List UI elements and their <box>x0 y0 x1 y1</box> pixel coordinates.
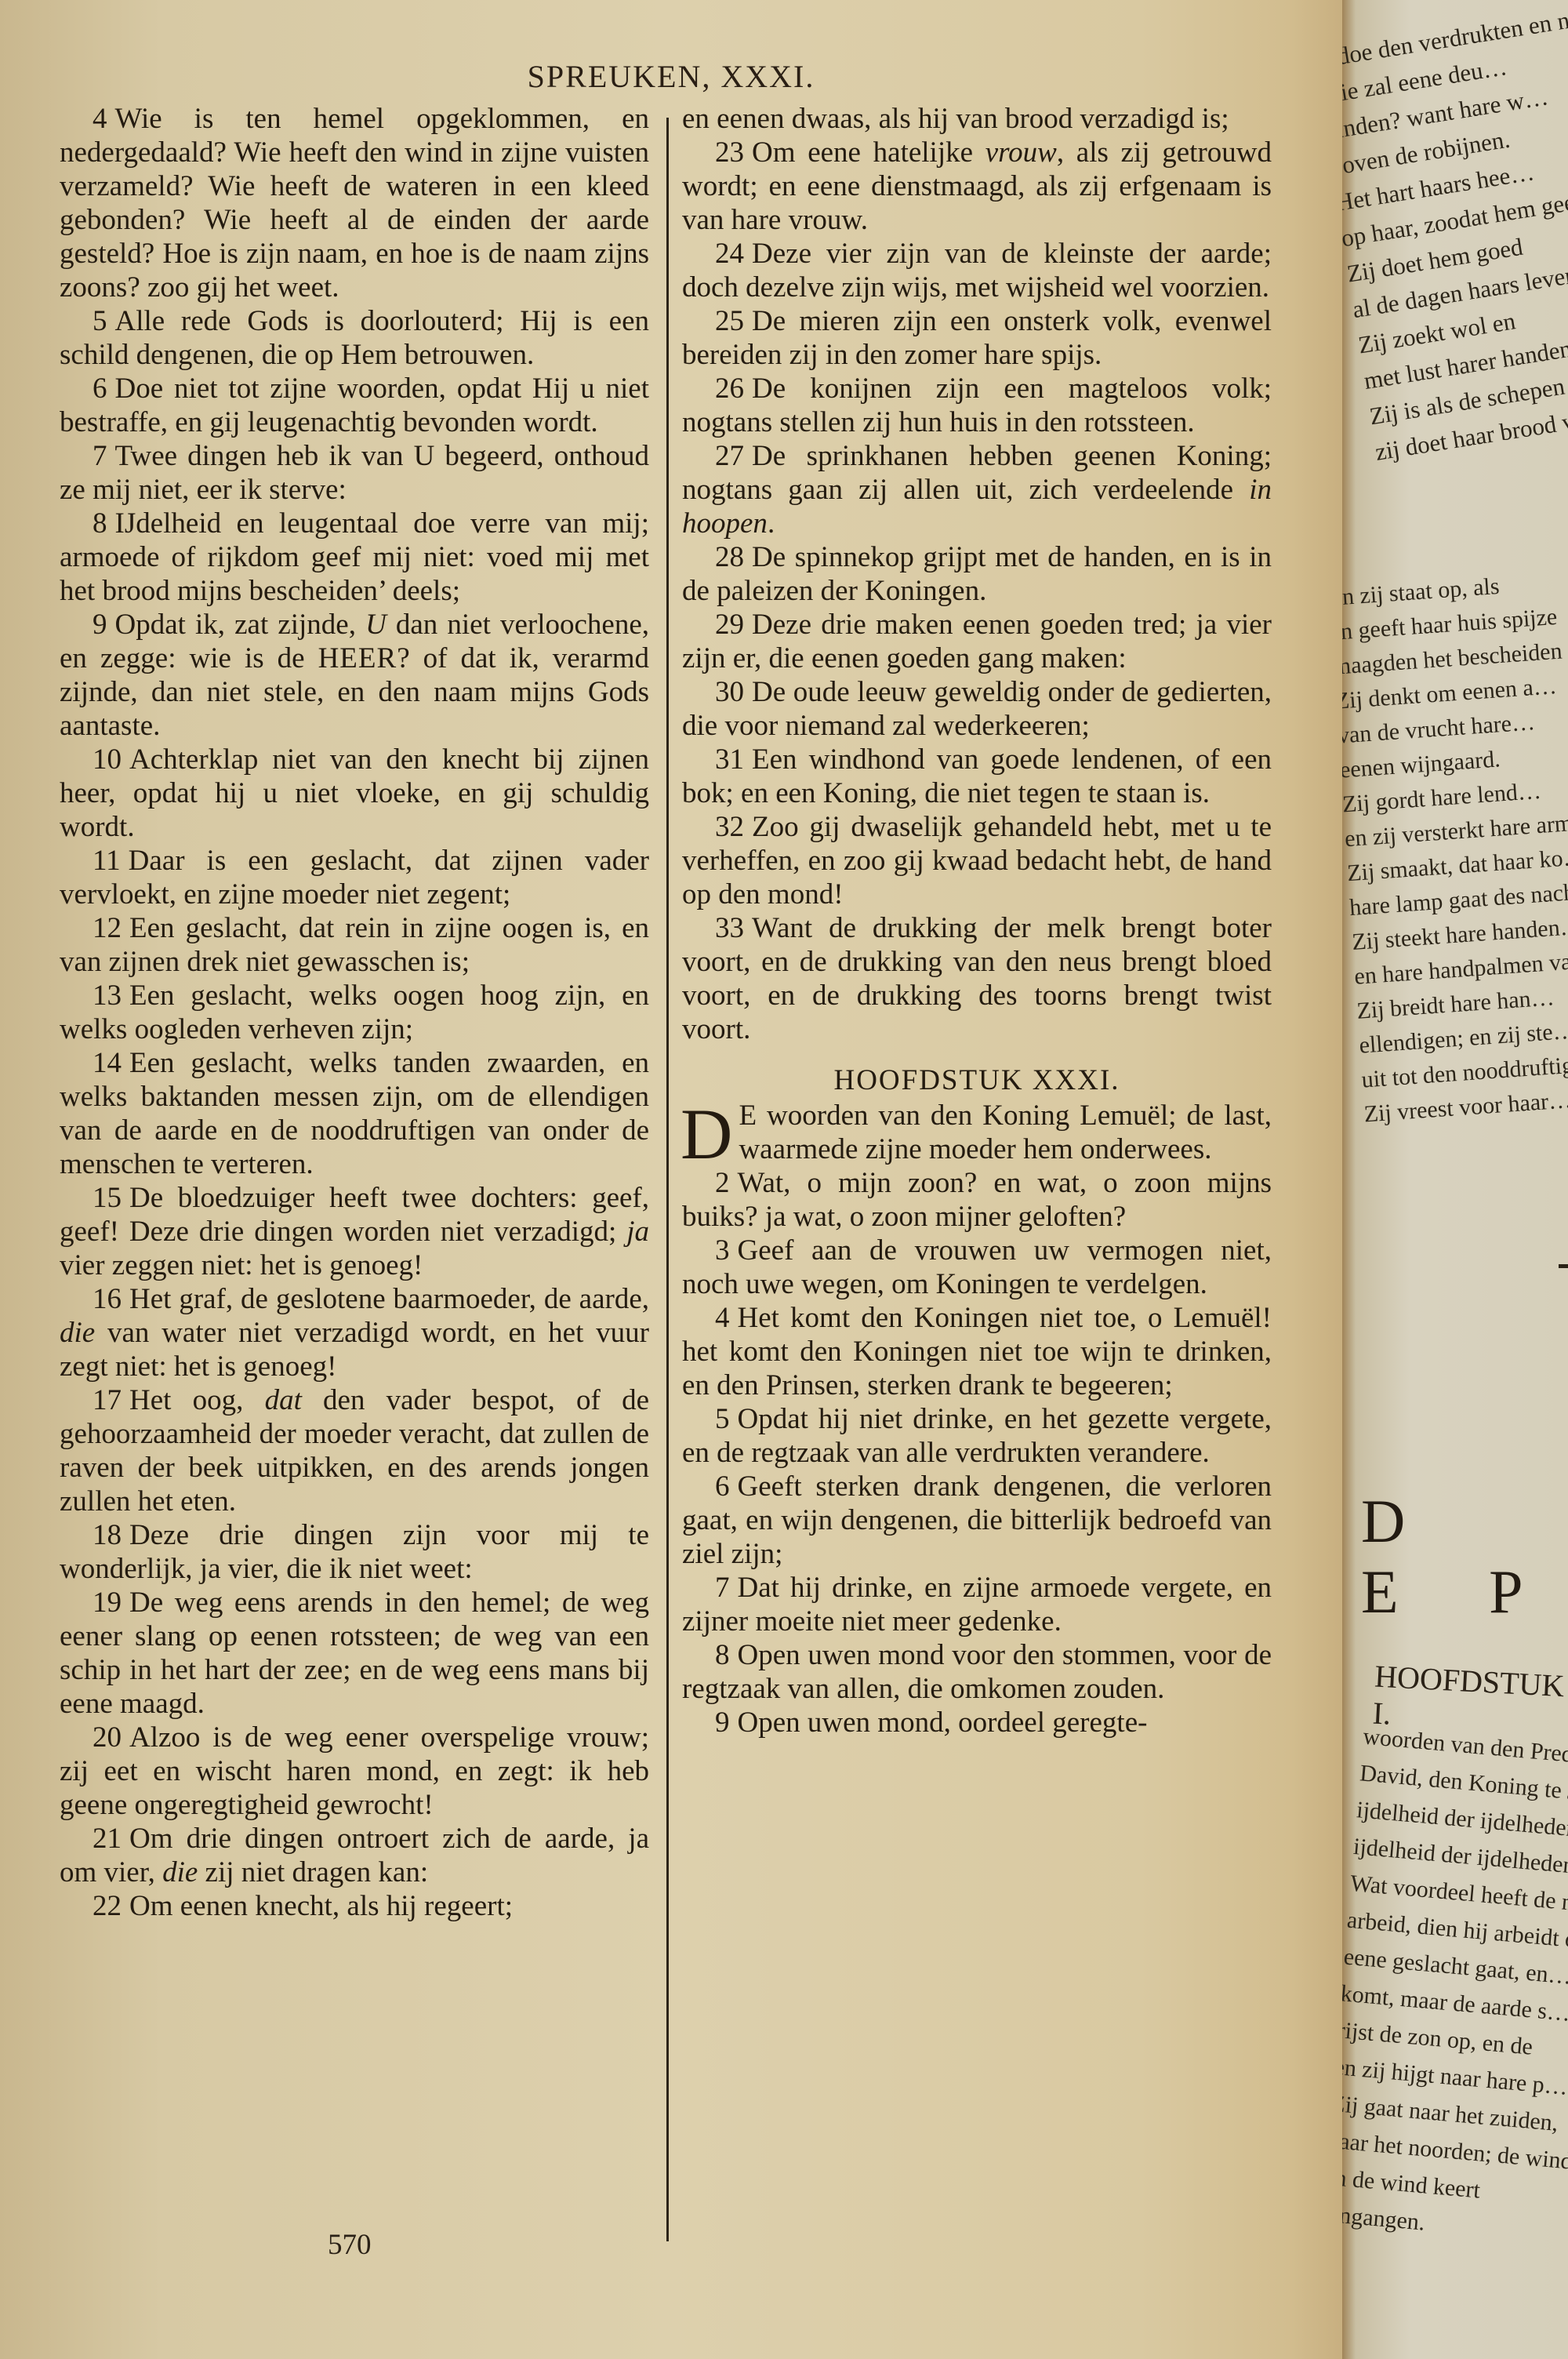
page-number: 570 <box>328 2228 372 2262</box>
verse: 7Twee dingen heb ik van U begeerd, ontho… <box>60 439 649 507</box>
verse-number: 22 <box>93 1890 122 1922</box>
verse-number: 33 <box>715 912 744 944</box>
verse: 14Een geslacht, welks tanden zwaarden, e… <box>60 1046 649 1181</box>
verse-text: Opdat ik, zat zijnde, <box>115 609 366 641</box>
verse: 2Wat, o mijn zoon? en wat, o zoon mijns … <box>682 1166 1272 1234</box>
verse: 6Doe niet tot zijne woorden, opdat Hij u… <box>60 372 649 439</box>
verse: 7Dat hij drinke, en zijne armoede verget… <box>682 1571 1272 1638</box>
verse-text: Dat hij drinke, en zijne armoede vergete… <box>682 1572 1272 1637</box>
verse-text: Een geslacht, dat rein in zijne oogen is… <box>60 912 649 978</box>
verse-number: 8 <box>715 1639 730 1671</box>
verse-number: 7 <box>93 440 107 472</box>
verse-text: Wat, o mijn zoon? en wat, o zoon mijns b… <box>682 1167 1272 1233</box>
chapter-opening: DE woorden van den Koning Lemuël; de las… <box>682 1099 1272 1166</box>
verse: 31Een windhond van goede lendenen, of ee… <box>682 743 1272 810</box>
verse-text: Twee dingen heb ik van U begeerd, onthou… <box>60 440 649 506</box>
book-title: D E P <box>1361 1486 1568 1627</box>
verse-text: Geef aan de vrouwen uw vermogen niet, no… <box>682 1234 1272 1300</box>
verse: 11Daar is een geslacht, dat zijnen vader… <box>60 844 649 911</box>
verse: 4Het komt den Koningen niet toe, o Lemuë… <box>682 1301 1272 1402</box>
verse-number: 31 <box>715 743 744 776</box>
verse: 5Opdat hij niet drinke, en het gezette v… <box>682 1402 1272 1470</box>
verse: 15De bloedzuiger heeft twee dochters: ge… <box>60 1181 649 1282</box>
verse-text: . <box>768 507 775 540</box>
verse-text: Open uwen mond voor den stommen, voor de… <box>682 1639 1272 1705</box>
verse: 8IJdelheid en leugentaal doe verre van m… <box>60 507 649 608</box>
verse-number: 25 <box>715 305 744 337</box>
verse-number: 17 <box>93 1384 122 1416</box>
adjacent-page-top-text: …doe den verdrukten en n…Wie zal eene de… <box>1342 0 1568 471</box>
verse: 6Geeft sterken drank dengenen, die verlo… <box>682 1470 1272 1571</box>
left-column: 4Wie is ten hemel opgeklommen, en nederg… <box>60 102 649 1923</box>
verse: 8Open uwen mond voor den stommen, voor d… <box>682 1638 1272 1706</box>
verse-number: 19 <box>93 1587 122 1619</box>
verse-text: Geeft sterken drank dengenen, die verlor… <box>682 1470 1272 1570</box>
verse-text: Daar is een geslacht, dat zijnen vader v… <box>60 845 649 911</box>
verse: 25De mieren zijn een onsterk volk, evenw… <box>682 304 1272 372</box>
verse-number: 3 <box>715 1234 730 1267</box>
right-column: en eenen dwaas, als hij van brood verzad… <box>682 102 1272 1739</box>
verse-number: 6 <box>93 373 107 405</box>
verse-text: Doe niet tot zijne woorden, opdat Hij u … <box>60 373 649 438</box>
verse-text: Opdat hij niet drinke, en het gezette ve… <box>682 1403 1272 1469</box>
verse-number: 9 <box>93 609 107 641</box>
verse-number: 10 <box>93 743 122 776</box>
running-head: SPREUKEN, XXXI. <box>0 58 1342 95</box>
verse: 10Achterklap niet van den knecht bij zij… <box>60 743 649 844</box>
italic-word: U <box>365 609 387 641</box>
verse-text: De weg eens arends in den hemel; de weg … <box>60 1587 649 1720</box>
verse: 30De oude leeuw geweldig onder de gedier… <box>682 675 1272 743</box>
verse-number: 6 <box>715 1470 730 1503</box>
verse: 27De sprinkhanen hebben geenen Koning; n… <box>682 439 1272 540</box>
adjacent-page: …doe den verdrukten en n…Wie zal eene de… <box>1342 0 1568 2359</box>
verse-text: Open uwen mond, oordeel geregte- <box>738 1707 1148 1739</box>
verse-text: Een geslacht, welks tanden zwaarden, en … <box>60 1047 649 1180</box>
verse-text: zij niet dragen kan: <box>198 1856 428 1888</box>
verse-text: De spinnekop grijpt met de handen, en is… <box>682 541 1272 607</box>
verse-number: 30 <box>715 676 744 708</box>
italic-word: die <box>162 1856 198 1888</box>
small-caps-word: HEER <box>318 642 397 674</box>
verse-number: 4 <box>93 103 107 135</box>
verse-text: Een windhond van goede lendenen, of een … <box>682 743 1272 809</box>
verse-text: De mieren zijn een onsterk volk, evenwel… <box>682 305 1272 371</box>
verse: 33Want de drukking der melk brengt boter… <box>682 911 1272 1046</box>
verse: 3Geef aan de vrouwen uw vermogen niet, n… <box>682 1234 1272 1301</box>
verse-number: 32 <box>715 811 744 843</box>
adjacent-page-bottom-text: woorden van den PredikerDavid, den Konin… <box>1342 1718 1568 2256</box>
verse: 17Het oog, dat den vader bespot, of de g… <box>60 1383 649 1518</box>
verse-text: Zoo gij dwaselijk gehandeld hebt, met u … <box>682 811 1272 911</box>
verse: 20Alzoo is de weg eener overspelige vrou… <box>60 1721 649 1822</box>
verse: 5Alle rede Gods is doorlouterd; Hij is e… <box>60 304 649 372</box>
verse-text: De sprinkhanen hebben geenen Koning; nog… <box>682 440 1272 506</box>
adjacent-page-mid-text: En zij staat op, alsen geeft haar huis s… <box>1342 562 1568 1132</box>
verse-number: 21 <box>93 1823 122 1855</box>
verse-number: 5 <box>93 305 107 337</box>
left-page: SPREUKEN, XXXI. 4Wie is ten hemel opgekl… <box>0 0 1342 2359</box>
verse-text: Om eenen knecht, als hij regeert; <box>129 1890 513 1922</box>
verse: 19De weg eens arends in den hemel; de we… <box>60 1586 649 1721</box>
verse: 18Deze drie dingen zijn voor mij te wond… <box>60 1518 649 1586</box>
verse-text: Een geslacht, welks oogen hoog zijn, en … <box>60 980 649 1045</box>
verse-number: 18 <box>93 1519 122 1551</box>
verse-number: 28 <box>715 541 744 573</box>
verse: 9Open uwen mond, oordeel geregte- <box>682 1706 1272 1739</box>
verse-number: 23 <box>715 136 744 169</box>
chapter-heading: HOOFDSTUK XXXI. <box>682 1063 1272 1097</box>
verse: 13Een geslacht, welks oogen hoog zijn, e… <box>60 979 649 1046</box>
verse: 32Zoo gij dwaselijk gehandeld hebt, met … <box>682 810 1272 911</box>
verse: 16Het graf, de geslotene baarmoeder, de … <box>60 1282 649 1383</box>
verse-number: 4 <box>715 1302 730 1334</box>
verse-number: 27 <box>715 440 744 472</box>
verse-text: Alle rede Gods is doorlouterd; Hij is ee… <box>60 305 649 371</box>
verse-number: 9 <box>715 1707 730 1739</box>
verse-text: Deze drie dingen zijn voor mij te wonder… <box>60 1519 649 1585</box>
drop-cap: D <box>681 1103 732 1165</box>
verse-text: Achterklap niet van den knecht bij zijne… <box>60 743 649 843</box>
verse-text: Deze drie maken eenen goeden tred; ja vi… <box>682 609 1272 674</box>
verse-text: Het oog, <box>129 1384 265 1416</box>
verse-text: Alzoo is de weg eener overspelige vrouw;… <box>60 1721 649 1821</box>
verse-text: van water niet verzadigd wordt, en het v… <box>60 1317 649 1383</box>
verse-text: De bloedzuiger heeft twee dochters: geef… <box>60 1182 649 1248</box>
verse-number: 24 <box>715 238 744 270</box>
section-rule <box>1559 1264 1568 1268</box>
verse-text: Het graf, de geslotene baarmoeder, de aa… <box>129 1283 649 1315</box>
verse-number: 12 <box>93 912 122 944</box>
verse: 28De spinnekop grijpt met de handen, en … <box>682 540 1272 608</box>
verse-number: 14 <box>93 1047 122 1079</box>
verse: 4Wie is ten hemel opgeklommen, en nederg… <box>60 102 649 304</box>
verse: 21Om drie dingen ontroert zich de aarde,… <box>60 1822 649 1889</box>
verse: 24Deze vier zijn van de kleinste der aar… <box>682 237 1272 304</box>
verse-text: vier zeggen niet: het is genoeg! <box>60 1249 423 1281</box>
verse: 12Een geslacht, dat rein in zijne oogen … <box>60 911 649 979</box>
verse-text: Wie is ten hemel opgeklommen, en nederge… <box>60 103 649 304</box>
verse-number: 5 <box>715 1403 730 1435</box>
italic-word: ja <box>626 1216 649 1248</box>
verse-text: IJdelheid en leugentaal doe verre van mi… <box>60 507 649 607</box>
verse: 23Om eene hatelijke vrouw, als zij getro… <box>682 136 1272 237</box>
verse-text: De konijnen zijn een magteloos volk; nog… <box>682 373 1272 438</box>
verse-text: Want de drukking der melk brengt boter v… <box>682 912 1272 1045</box>
verse-continuation: en eenen dwaas, als hij van brood verzad… <box>682 102 1272 136</box>
verse-number: 7 <box>715 1572 730 1604</box>
verse-text: Deze vier zijn van de kleinste der aarde… <box>682 238 1272 304</box>
column-divider <box>666 118 669 2241</box>
verse-number: 26 <box>715 373 744 405</box>
verse-text: E woorden van den Koning Lemuël; de last… <box>739 1100 1272 1165</box>
verse: 26De konijnen zijn een magteloos volk; n… <box>682 372 1272 439</box>
italic-word: die <box>60 1317 95 1349</box>
verse-number: 11 <box>93 845 121 877</box>
verse-number: 13 <box>93 980 122 1012</box>
verse-number: 20 <box>93 1721 122 1754</box>
verse-number: 8 <box>93 507 107 540</box>
verse: 29Deze drie maken eenen goeden tred; ja … <box>682 608 1272 675</box>
verse-number: 29 <box>715 609 744 641</box>
italic-word: dat <box>265 1384 302 1416</box>
verse-number: 15 <box>93 1182 122 1214</box>
verse: 9Opdat ik, zat zijnde, U dan niet verloo… <box>60 608 649 743</box>
verse-text: De oude leeuw geweldig onder de gedierte… <box>682 676 1272 742</box>
verse-text: Het komt den Koningen niet toe, o Lemuël… <box>682 1302 1272 1401</box>
italic-word: vrouw <box>985 136 1057 169</box>
verse-number: 16 <box>93 1283 122 1315</box>
verse: 22Om eenen knecht, als hij regeert; <box>60 1889 649 1923</box>
verse-text: Om eene hatelijke <box>752 136 985 169</box>
